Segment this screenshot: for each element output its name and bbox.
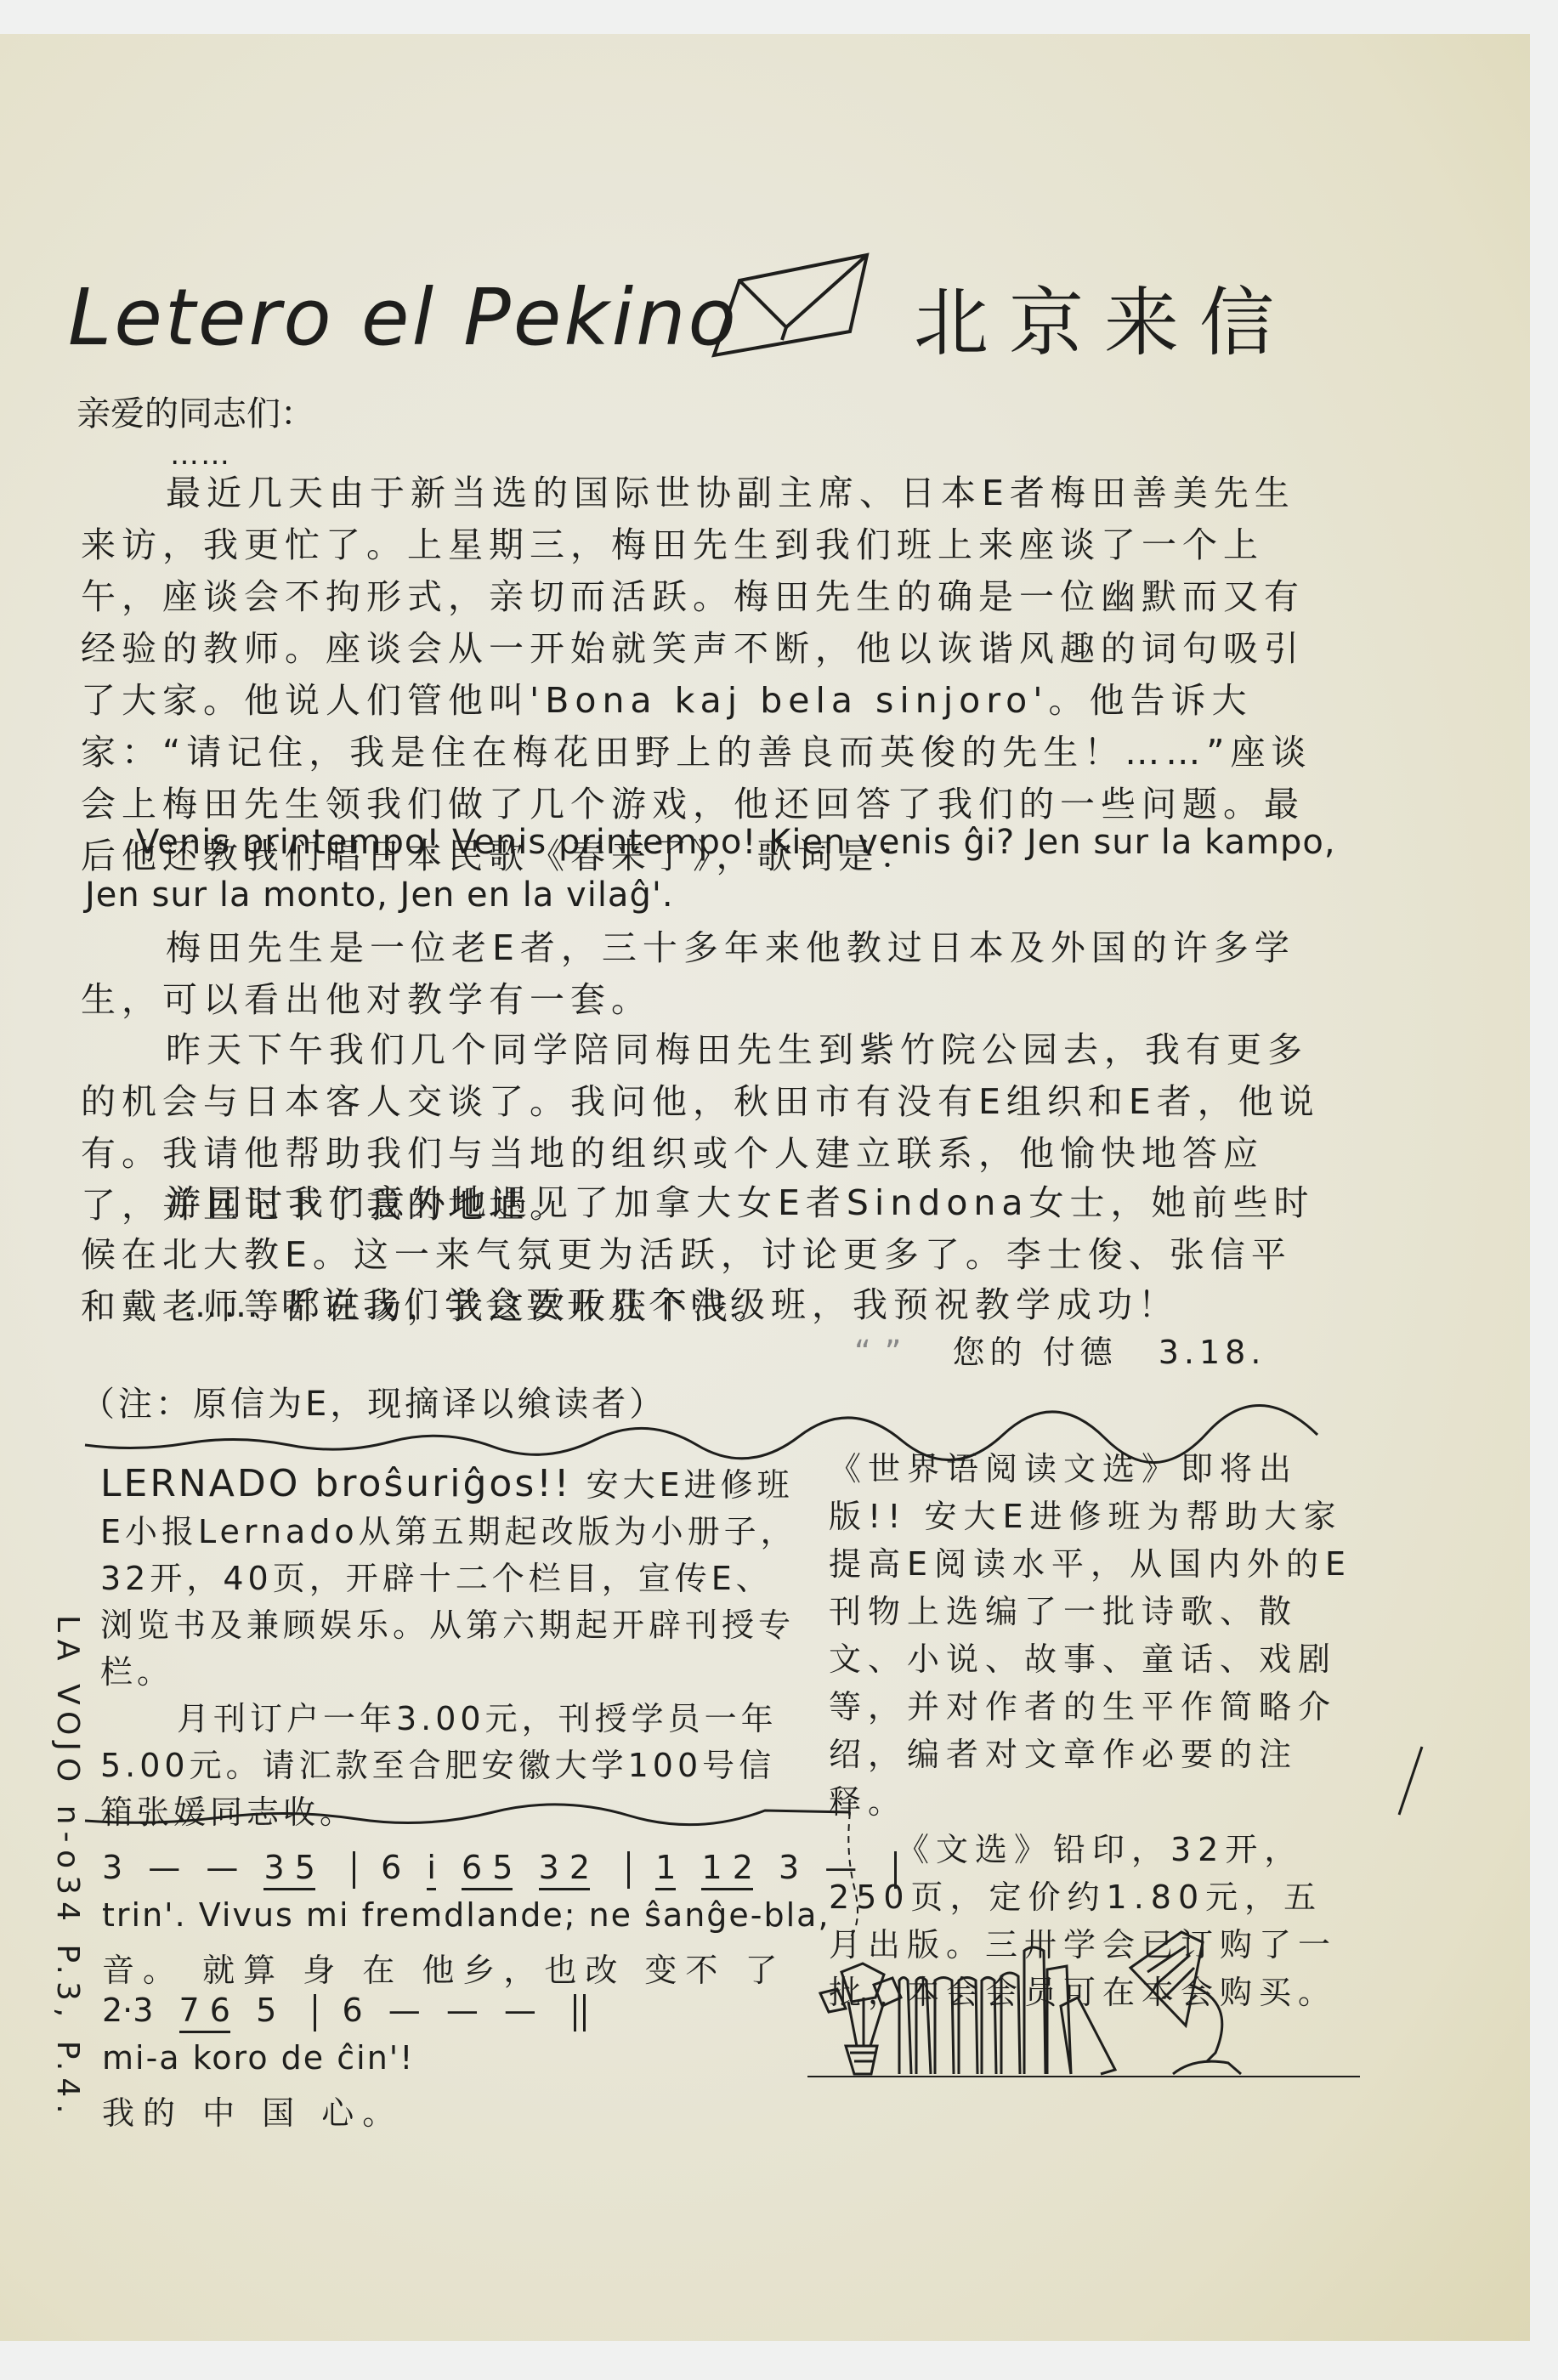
barline xyxy=(627,1851,630,1889)
lernado-heading: LERNADO broŝuriĝos!! xyxy=(100,1462,572,1505)
song-lyric-eo-2: Jen sur la monto, Jen en la vilaĝ'. xyxy=(85,875,674,915)
flower-pot-icon xyxy=(820,1963,901,2074)
anthology-body-1: 《世界语阅读文选》即将出版!! 安大E进修班为帮助大家提高E阅读水平，从国内外的… xyxy=(829,1445,1356,1826)
score-lyric-eo-2: mi-a koro de ĉin'! xyxy=(102,2039,867,2087)
source-margin-label: LA VOJO n-o34 P.3, P.4. xyxy=(34,1615,85,2057)
signature-name: 您的 付德 xyxy=(953,1334,1118,1371)
ellipsis: …… xyxy=(170,438,231,472)
letter-signature: “ ” 您的 付德 3.18. xyxy=(854,1326,1266,1373)
paragraph-text: 最近几天由于新当选的国际世协副主席、日本E者梅田善美先生来访，我更忙了。上星期三… xyxy=(81,473,1312,876)
barline xyxy=(353,1851,355,1889)
title-chinese: 北京来信 xyxy=(914,263,1295,371)
editor-note: （注：原信为E，现摘译以飨读者） xyxy=(81,1377,666,1425)
letter-paragraph-1: 最近几天由于新当选的国际世协副主席、日本E者梅田善美先生来访，我更忙了。上星期三… xyxy=(81,467,1330,882)
final-barline xyxy=(574,1994,586,2031)
song-score: 3 — — 3 5 6 i 6 5 3 2 1 1 2 3 — trin'. V… xyxy=(102,1849,867,2134)
signature-quote: “ ” xyxy=(854,1334,903,1371)
page-header: Letero el Pekino 北京来信 xyxy=(59,238,1334,365)
letter-greeting: 亲爱的同志们： xyxy=(76,387,314,435)
barline xyxy=(314,1994,316,2031)
paragraph-text: 梅田先生是一位老E者，三十多年来他教过日本及外国的许多学生，可以看出他对教学有一… xyxy=(81,927,1295,1020)
desk-lamp-icon xyxy=(807,1932,1360,2077)
envelope-icon xyxy=(705,246,875,365)
score-lyric-eo-1: trin'. Vivus mi fremdlande; ne ŝanĝe-bla… xyxy=(102,1896,867,1944)
lernado-notice: LERNADO broŝuriĝos!! 安大E进修班E小报Lernado从第五… xyxy=(100,1460,797,1836)
song-lyric-eo-1: Venis printempo! Venis printempo! Kien v… xyxy=(136,823,1336,862)
letter-date: 3.18. xyxy=(1159,1334,1266,1371)
score-lyric-zh-1: 音。 就算 身 在 他乡，也改 变不 了 xyxy=(102,1944,867,1992)
letter-paragraph-5: …… 听说我们学会要开几个中级班，我预祝教学成功！ xyxy=(81,1279,1330,1331)
letter-paragraph-2: 梅田先生是一位老E者，三十多年来他教过日本及外国的许多学生，可以看出他对教学有一… xyxy=(81,922,1330,1026)
paragraph-text: …… 听说我们学会要开几个中级班，我预祝教学成功！ xyxy=(183,1284,1179,1325)
books-icon xyxy=(899,1947,1115,2074)
bookshelf-illustration xyxy=(807,1925,1360,2095)
score-lyric-zh-2: 我的 中 国 心。 xyxy=(102,2087,867,2134)
barline xyxy=(894,1851,897,1889)
title-esperanto: Letero el Pekino xyxy=(68,272,739,363)
score-notes-line-2: 2·3 7 6 5 6 — — — xyxy=(102,1992,867,2039)
pencil-mark xyxy=(1392,1742,1426,1819)
score-notes-line-1: 3 — — 3 5 6 i 6 5 3 2 1 1 2 3 — xyxy=(102,1849,867,1896)
